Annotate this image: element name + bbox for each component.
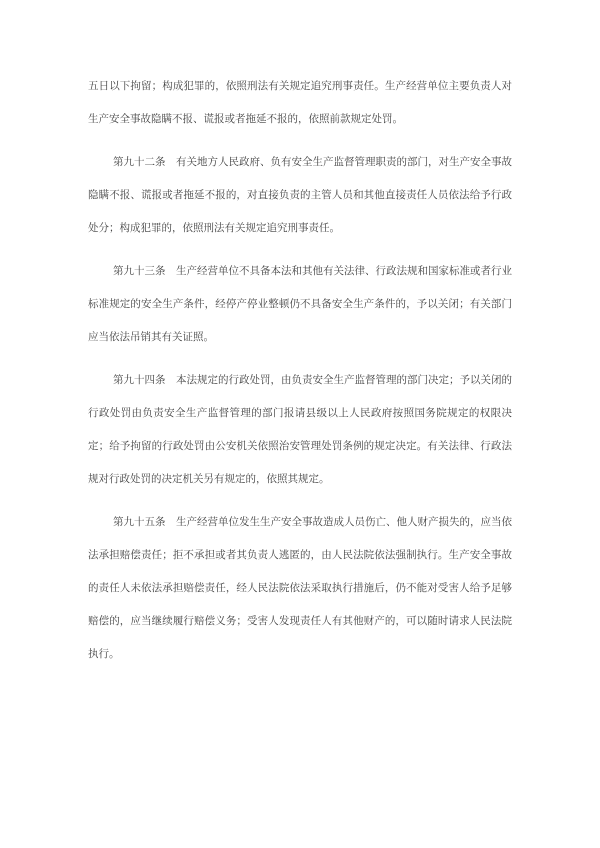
text-line: 规对行政处罚的决定机关另有规定的，依照其规定。 xyxy=(88,463,512,496)
text-line: 标准规定的安全生产条件，经停产停业整顿仍不具备安全生产条件的，予以关闭；有关部门 xyxy=(88,288,512,321)
text-line: 赔偿的，应当继续履行赔偿义务；受害人发现责任人有其他财产的，可以随时请求人民法院 xyxy=(88,605,512,638)
text-line: 的责任人未依法承担赔偿责任，经人民法院依法采取执行措施后，仍不能对受害人给予足够 xyxy=(88,572,512,605)
text-line: 定；给予拘留的行政处罚由公安机关依照治安管理处罚条例的规定决定。有关法律、行政法 xyxy=(88,430,512,463)
text-line: 生产安全事故隐瞒不报、谎报或者拖延不报的，依照前款规定处罚。 xyxy=(88,103,512,136)
text-line: 第九十二条 有关地方人民政府、负有安全生产监督管理职责的部门，对生产安全事故 xyxy=(88,146,512,179)
text-line: 第九十五条 生产经营单位发生生产安全事故造成人员伤亡、他人财产损失的，应当依 xyxy=(88,506,512,539)
paragraph-article-94: 第九十四条 本法规定的行政处罚，由负责安全生产监督管理的部门决定；予以关闭的 行… xyxy=(88,364,512,496)
paragraph-article-91-continuation: 五日以下拘留；构成犯罪的，依照刑法有关规定追究刑事责任。生产经营单位主要负责人对… xyxy=(88,70,512,136)
text-line: 第九十四条 本法规定的行政处罚，由负责安全生产监督管理的部门决定；予以关闭的 xyxy=(88,364,512,397)
text-line: 五日以下拘留；构成犯罪的，依照刑法有关规定追究刑事责任。生产经营单位主要负责人对 xyxy=(88,70,512,103)
text-line: 应当依法吊销其有关证照。 xyxy=(88,321,512,354)
document-page: 五日以下拘留；构成犯罪的，依照刑法有关规定追究刑事责任。生产经营单位主要负责人对… xyxy=(0,0,600,848)
text-line: 处分；构成犯罪的，依照刑法有关规定追究刑事责任。 xyxy=(88,212,512,245)
text-line: 行政处罚由负责安全生产监督管理的部门报请县级以上人民政府按照国务院规定的权限决 xyxy=(88,397,512,430)
text-line: 第九十三条 生产经营单位不具备本法和其他有关法律、行政法规和国家标准或者行业 xyxy=(88,255,512,288)
text-line: 隐瞒不报、谎报或者拖延不报的，对直接负责的主管人员和其他直接责任人员依法给予行政 xyxy=(88,179,512,212)
paragraph-article-92: 第九十二条 有关地方人民政府、负有安全生产监督管理职责的部门，对生产安全事故 隐… xyxy=(88,146,512,245)
text-line: 执行。 xyxy=(88,638,512,671)
text-line: 法承担赔偿责任；拒不承担或者其负责人逃匿的，由人民法院依法强制执行。生产安全事故 xyxy=(88,539,512,572)
paragraph-article-93: 第九十三条 生产经营单位不具备本法和其他有关法律、行政法规和国家标准或者行业 标… xyxy=(88,255,512,354)
paragraph-article-95: 第九十五条 生产经营单位发生生产安全事故造成人员伤亡、他人财产损失的，应当依 法… xyxy=(88,506,512,671)
